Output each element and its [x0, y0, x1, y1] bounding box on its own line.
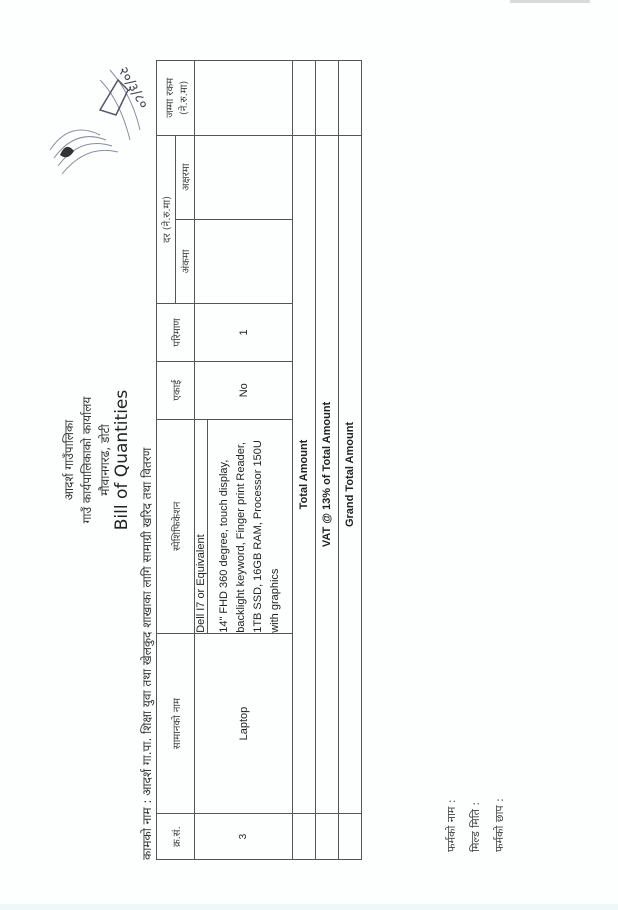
svg-text:२०/३/८०: २०/३/८० [115, 64, 152, 112]
summary-total-label: Total Amount [293, 135, 316, 814]
cell-spec-header: Dell I7 or Equivalent [195, 419, 208, 633]
work-name: कामको नाम : आदर्श गा.पा. शिक्षा युवा तथा… [138, 448, 155, 860]
summary-row-grand-total: Grand Total Amount [339, 61, 362, 860]
col-quantity: परिमाण [157, 304, 195, 362]
col-rate-words: अक्षरमा [176, 135, 195, 219]
cell-rate-words [195, 135, 293, 219]
summary-total-value [293, 61, 316, 136]
cell-rate-figure [195, 219, 293, 303]
summary-row-vat: VAT @ 13% of Total Amount [316, 61, 339, 860]
table-row: 3 Laptop Dell I7 or Equivalent No 1 [195, 61, 208, 860]
col-item-name: सामानको नाम [157, 633, 195, 813]
col-rate-figure: अंकमा [176, 219, 195, 303]
col-unit: एकाई [157, 361, 195, 419]
scan-bottom-tint [0, 904, 618, 910]
col-sn: क्र.सं. [157, 814, 195, 860]
col-total: जम्मा रकम (ने.रु.मा) [157, 61, 195, 136]
boq-table: क्र.सं. सामानको नाम स्पेशिफिकेशन एकाई पर… [156, 60, 362, 860]
col-specification: स्पेशिफिकेशन [157, 419, 195, 633]
summary-grand-total-value [339, 61, 362, 136]
cell-item-name: Laptop [195, 633, 293, 813]
cell-spec-body: 14" FHD 360 degree, touch display, backl… [208, 419, 293, 633]
summary-vat-value [316, 61, 339, 136]
summary-vat-label: VAT @ 13% of Total Amount [316, 135, 339, 814]
firm-name-label: फर्मको नाम : [444, 799, 459, 852]
firm-stamp-label: फर्मको छाप : [492, 798, 507, 852]
cell-quantity: 1 [195, 304, 293, 362]
scan-edge [510, 0, 590, 3]
summary-grand-total-label: Grand Total Amount [339, 135, 362, 814]
cell-sn: 3 [195, 814, 293, 860]
date-label: मिल्ड मिति : [468, 802, 483, 852]
cell-total [195, 61, 293, 136]
cell-unit: No [195, 361, 293, 419]
office-stamp-icon: २०/३/८० [40, 40, 160, 190]
summary-row-total: Total Amount [293, 61, 316, 860]
